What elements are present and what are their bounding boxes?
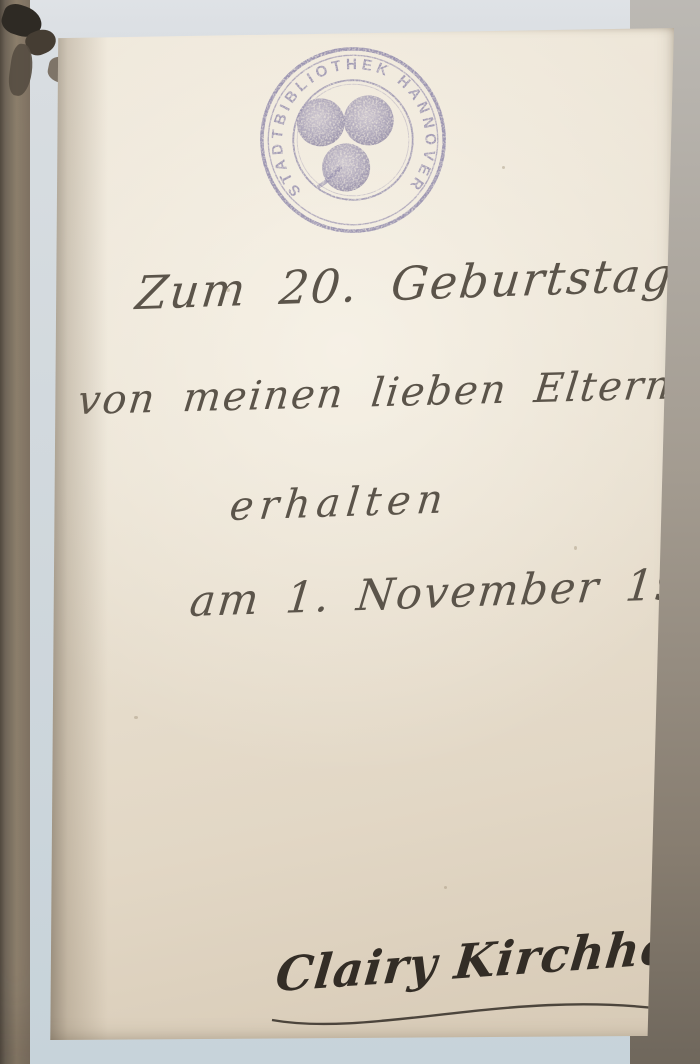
paper-speck: [444, 886, 447, 889]
inscription-line: Zum 20. Geburtstage: [133, 246, 700, 320]
inscription-line: von meinen lieben Eltern: [75, 362, 675, 424]
page-gutter-shadow: [46, 26, 108, 1040]
paper-speck: [134, 716, 138, 719]
book-page: STADTBIBLIOTHEK HANNOVER Zum 20. Geburts…: [14, 26, 674, 1040]
photo-of-book-flyleaf: STADTBIBLIOTHEK HANNOVER Zum 20. Geburts…: [0, 0, 700, 1064]
library-stamp: STADTBIBLIOTHEK HANNOVER: [255, 42, 451, 238]
book-spine: [0, 0, 30, 1064]
paper-speck: [574, 546, 577, 550]
inscription-line: erhalten: [228, 476, 451, 530]
paper-speck: [502, 166, 505, 169]
paper-speck: [226, 288, 230, 292]
inscription-line: am 1. November 1902.: [187, 557, 700, 627]
signature: Clairy Kirchhoff.: [273, 916, 700, 1003]
stamp-ring-outer: [262, 49, 444, 231]
